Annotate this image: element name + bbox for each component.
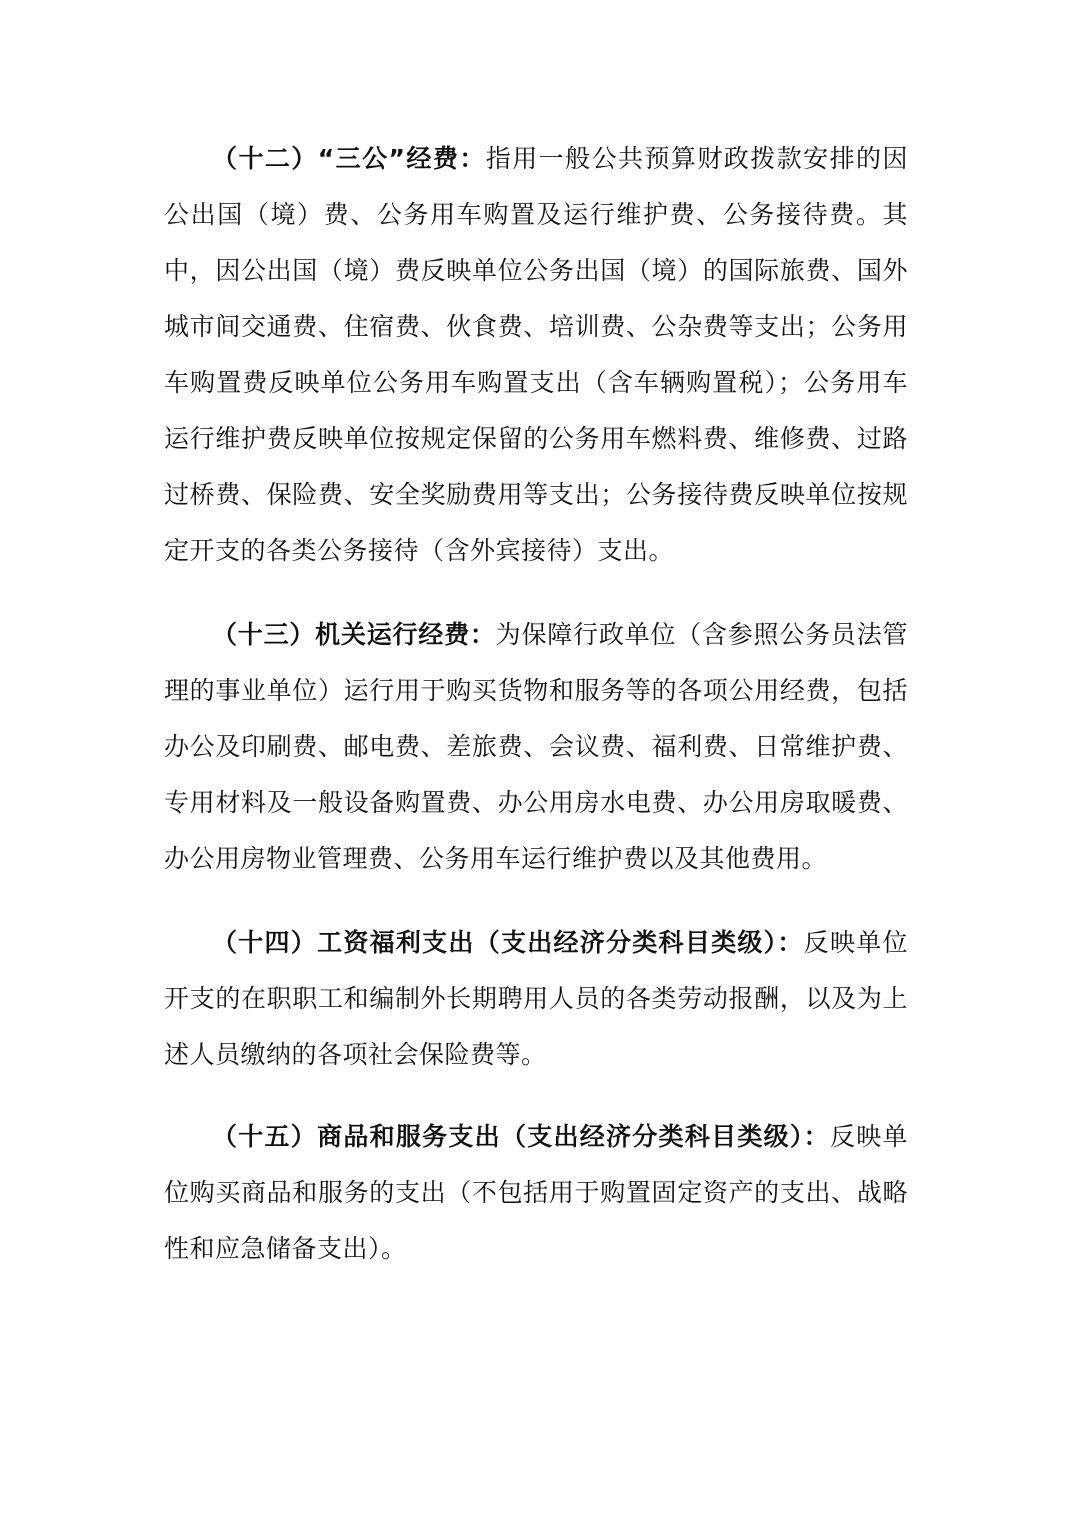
- paragraph-fifteen-goods-services-expenditure: （十五）商品和服务支出（支出经济分类科目类级）：反映单位购买商品和服务的支出（不…: [164, 1109, 908, 1277]
- paragraph-body: 指用一般公共预算财政拨款安排的因公出国（境）费、公务用车购置及运行维护费、公务接…: [164, 144, 908, 565]
- paragraph-twelve-three-public-expenses: （十二）“三公”经费：指用一般公共预算财政拨款安排的因公出国（境）费、公务用车购…: [164, 131, 908, 579]
- paragraph-heading: （十四）工资福利支出（支出经济分类科目类级）：: [212, 928, 804, 957]
- document-page: （十二）“三公”经费：指用一般公共预算财政拨款安排的因公出国（境）费、公务用车购…: [0, 0, 1074, 1520]
- paragraph-heading: （十五）商品和服务支出（支出经济分类科目类级）：: [212, 1122, 830, 1151]
- paragraph-body: 为保障行政单位（含参照公务员法管理的事业单位）运行用于购买货物和服务等的各项公用…: [164, 620, 908, 873]
- paragraph-thirteen-agency-operating-funds: （十三）机关运行经费：为保障行政单位（含参照公务员法管理的事业单位）运行用于购买…: [164, 607, 908, 887]
- paragraph-heading: （十二）“三公”经费：: [212, 144, 486, 173]
- paragraph-heading: （十三）机关运行经费：: [212, 620, 496, 649]
- paragraph-fourteen-wage-welfare-expenditure: （十四）工资福利支出（支出经济分类科目类级）：反映单位开支的在职职工和编制外长期…: [164, 915, 908, 1083]
